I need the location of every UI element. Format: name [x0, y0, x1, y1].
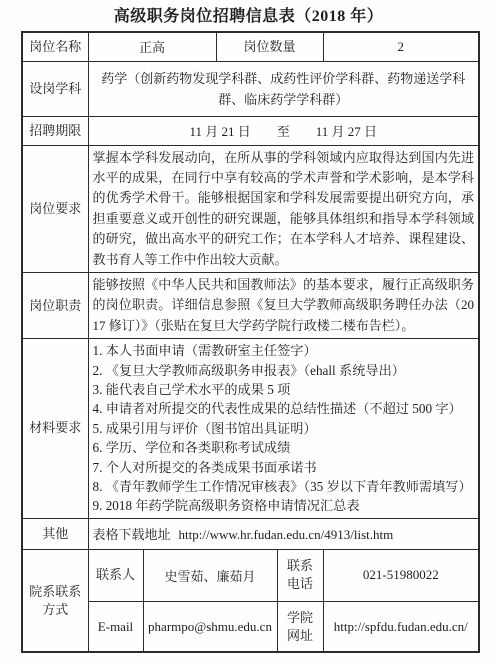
row-requirements: 岗位要求 掌握本学科发展动向，在所从事的学科领域内应取得达到国内先进水平的成果，… — [22, 145, 479, 272]
discipline-label: 设岗学科 — [22, 61, 88, 116]
material-item: 8. 《青年教师学生工作情况审核表》（35 岁以下青年教师需填写） — [93, 477, 475, 496]
material-item: 9. 2018 年药学院高级职务资格申请情况汇总表 — [93, 496, 475, 515]
row-materials: 材料要求 1. 本人书面申请（需教研室主任签字） 2. 《复旦大学教师高级职务申… — [22, 339, 479, 519]
position-count-label: 岗位数量 — [216, 32, 323, 61]
contact-person-label: 联系人 — [88, 549, 143, 601]
download-url: http://www.hr.fudan.edu.cn/4913/list.htm — [179, 527, 394, 542]
contact-section-label: 院系联系方式 — [22, 549, 88, 652]
row-contact-1: 院系联系方式 联系人 史雪茹、廉茹月 联系电话 021-51980022 — [22, 549, 479, 601]
email-label: E-mail — [88, 601, 143, 652]
duties-label: 岗位职责 — [22, 272, 88, 338]
website-value: http://spfdu.fudan.edu.cn/ — [323, 601, 479, 652]
row-duties: 岗位职责 能够按照《中华人民共和国教师法》的基本要求，履行正高级职务的岗位职责。… — [22, 272, 479, 338]
material-item: 3. 能代表自己学术水平的成果 5 项 — [93, 380, 475, 399]
material-item: 6. 学历、学位和各类职称考试成绩 — [93, 438, 475, 457]
website-label: 学院网址 — [277, 601, 323, 652]
email-value: pharmpo@shmu.edu.cn — [143, 601, 277, 652]
position-name-value: 正高 — [88, 32, 216, 61]
materials-list: 1. 本人书面申请（需教研室主任签字） 2. 《复旦大学教师高级职务申报表》（e… — [88, 339, 479, 519]
other-cell: 表格下载地址http://www.hr.fudan.edu.cn/4913/li… — [88, 518, 479, 549]
materials-label: 材料要求 — [22, 339, 88, 519]
material-item: 1. 本人书面申请（需教研室主任签字） — [93, 341, 475, 360]
material-item: 7. 个人对所提交的各类成果书面承诺书 — [93, 458, 475, 477]
download-address-label: 表格下载地址 — [93, 527, 171, 542]
page-title: 高级职务岗位招聘信息表（2018 年） — [0, 0, 497, 31]
requirements-text: 掌握本学科发展动向，在所从事的学科领域内应取得达到国内先进水平的成果，在同行中享… — [88, 145, 479, 272]
contact-person-value: 史雪茹、廉茹月 — [143, 549, 277, 601]
discipline-value: 药学（创新药物发现学科群、成药性评价学科群、药物递送学科群、临床药学学科群） — [88, 61, 479, 116]
contact-phone-label: 联系电话 — [277, 549, 323, 601]
material-item: 4. 申请者对所提交的代表性成果的总结性描述（不超过 500 字） — [93, 399, 475, 418]
material-item: 2. 《复旦大学教师高级职务申报表》（ehall 系统导出） — [93, 361, 475, 380]
contact-phone-value: 021-51980022 — [323, 549, 479, 601]
row-position: 岗位名称 正高 岗位数量 2 — [22, 32, 479, 61]
period-value: 11 月 21 日 至 11 月 27 日 — [88, 116, 479, 145]
period-label: 招聘期限 — [22, 116, 88, 145]
position-name-label: 岗位名称 — [22, 32, 88, 61]
other-label: 其他 — [22, 518, 88, 549]
recruitment-form-page: 高级职务岗位招聘信息表（2018 年） 岗位名称 正高 岗位数量 2 设岗学科 … — [0, 0, 497, 668]
row-other: 其他 表格下载地址http://www.hr.fudan.edu.cn/4913… — [22, 518, 479, 549]
recruitment-table: 岗位名称 正高 岗位数量 2 设岗学科 药学（创新药物发现学科群、成药性评价学科… — [21, 31, 480, 653]
material-item: 5. 成果引用与评价（图书馆出具证明） — [93, 419, 475, 438]
duties-text: 能够按照《中华人民共和国教师法》的基本要求，履行正高级职务的岗位职责。详细信息参… — [88, 272, 479, 338]
position-count-value: 2 — [323, 32, 479, 61]
row-contact-2: E-mail pharmpo@shmu.edu.cn 学院网址 http://s… — [22, 601, 479, 652]
row-period: 招聘期限 11 月 21 日 至 11 月 27 日 — [22, 116, 479, 145]
requirements-label: 岗位要求 — [22, 145, 88, 272]
row-discipline: 设岗学科 药学（创新药物发现学科群、成药性评价学科群、药物递送学科群、临床药学学… — [22, 61, 479, 116]
